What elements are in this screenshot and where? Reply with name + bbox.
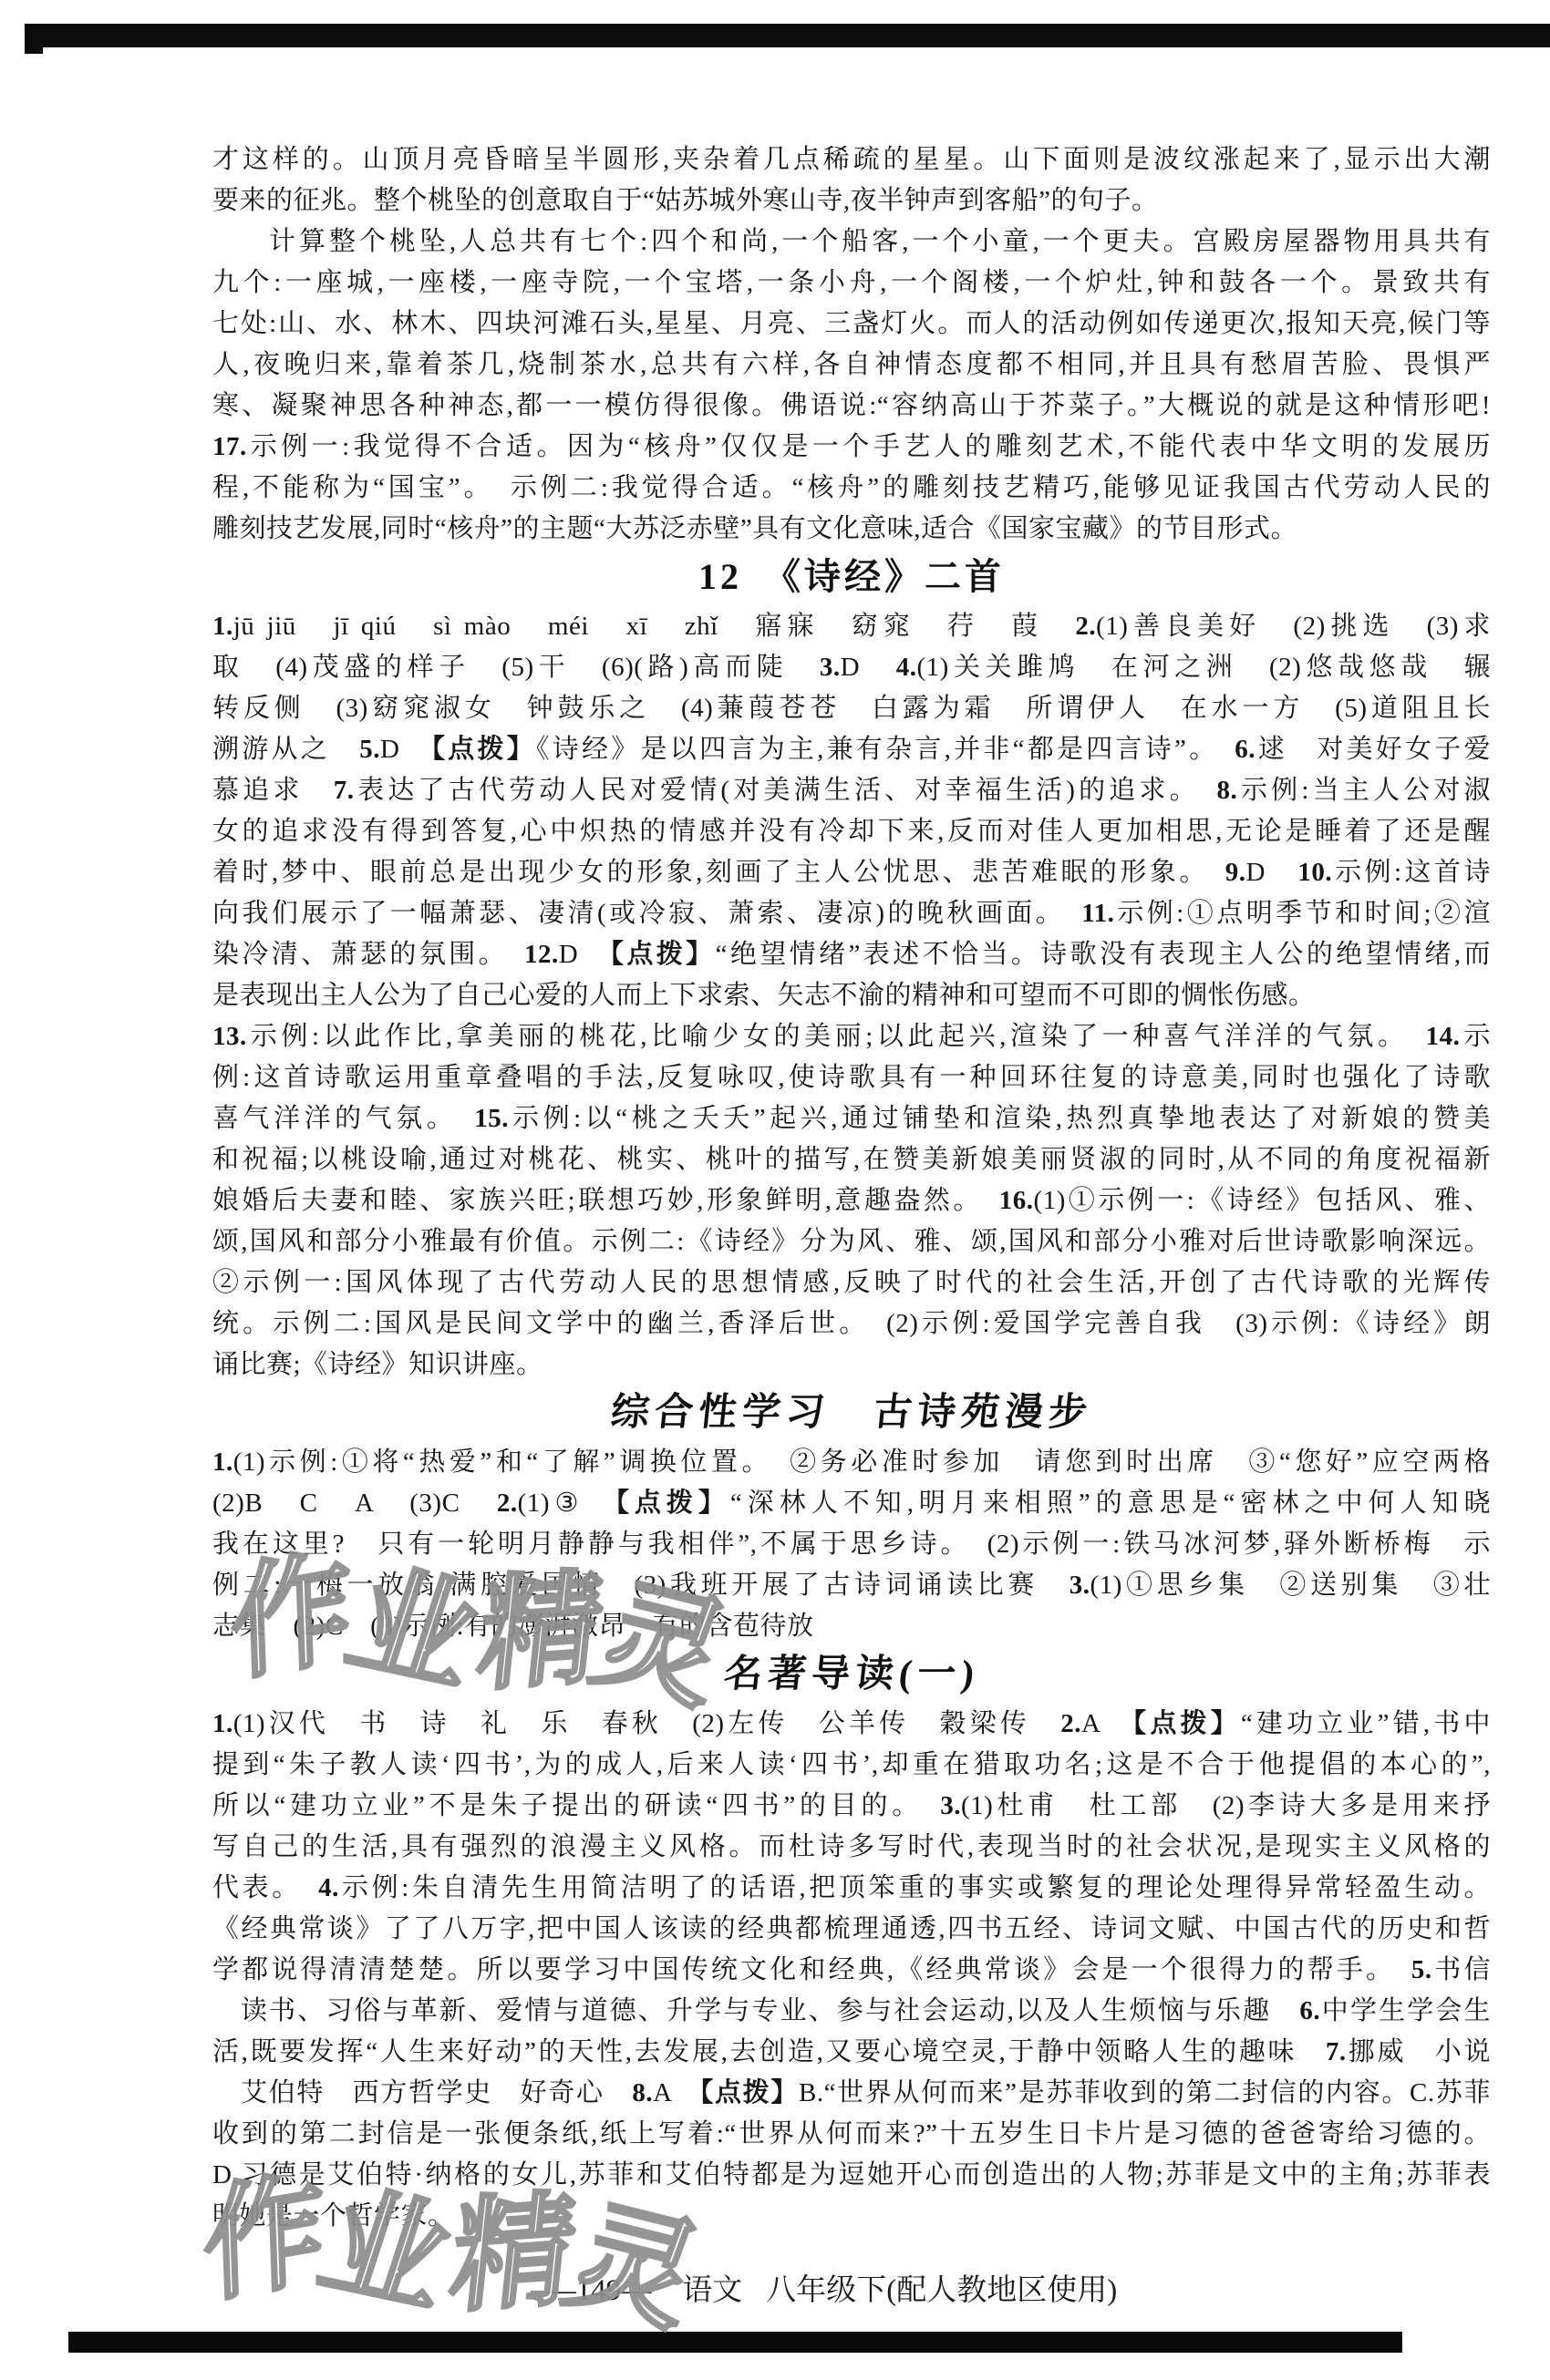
scan-artifact-bottom-bar (68, 2332, 1402, 2353)
text-line: 人,夜晚归来,靠着茶几,烧制茶水,总共有六样,各自神情态度都不相同,并且具有愁眉… (212, 345, 1491, 386)
text-line: 计算整个桃坠,人总共有七个:四个和尚,一个船客,一个小童,一个更夫。宫殿房屋器物… (212, 222, 1491, 263)
text-line: 九个:一座城,一座楼,一座寺院,一个宝塔,一条小舟,一个阁楼,一个炉灶,钟和鼓各… (212, 263, 1491, 304)
answer-text-area: 才这样的。山顶月亮昏暗呈半圆形,夹杂着几点稀疏的星星。山下面则是波纹涨起来了,显… (212, 139, 1491, 2237)
text-line: ②示例一:国风体现了古代劳动人民的思想情感,反映了时代的社会生活,开创了古代诗歌… (212, 1262, 1491, 1303)
text-line: 所以“建功立业”不是朱子提出的研读“四书”的目的。 3.(1)杜甫 杜工部 (2… (212, 1786, 1491, 1827)
text-line: 程,不能称为“国宝”。 示例二:我觉得合适。“核舟”的雕刻技艺精巧,能够见证我国… (212, 468, 1491, 509)
text-line: 向我们展示了一幅萧瑟、凄清(或冷寂、萧索、凄凉)的晚秋画面。 11.示例:①点明… (212, 893, 1491, 934)
text-line: 溯游从之 5.D 【点拨】《诗经》是以四言为主,兼有杂言,并非“都是四言诗”。 … (212, 729, 1491, 770)
text-line: 例:这首诗歌运用重章叠唱的手法,反复咏叹,使诗歌具有一种回环往复的诗意美,同时也… (212, 1057, 1491, 1098)
text-line: 是表现出主人公为了自己心爱的人而上下求索、矢志不渝的精神和可望而不可即的惆怅伤感… (212, 975, 1491, 1016)
watermark-middle: 作业精灵 (227, 1551, 732, 1700)
section-heading: 综合性学习 古诗苑漫步 (210, 1386, 1494, 1442)
watermark-bottom: 作业精灵 (200, 2173, 705, 2322)
text-line: 活,既要发挥“人生来好动”的天性,去发展,去创造,又要心境空灵,于静中领略人生的… (212, 2032, 1491, 2073)
scan-artifact-top-bar-notch (25, 46, 43, 54)
text-line: 着时,梦中、眼前总是出现少女的形象,刻画了主人公忧思、悲苦难眠的形象。 9.D … (212, 852, 1491, 893)
text-line: 和祝福;以桃设喻,通过对桃花、桃实、桃叶的描写,在赞美新娘美丽贤淑的同时,从不同… (212, 1139, 1491, 1180)
text-line: 喜气洋洋的气氛。 15.示例:以“桃之夭夭”起兴,通过铺垫和渲染,热烈真挚地表达… (212, 1098, 1491, 1139)
text-line: 读书、习俗与革新、爱情与道德、升学与专业、参与社会运动,以及人生烦恼与乐趣 6.… (212, 1991, 1491, 2032)
text-line: 寒、凝聚神思各种神态,都一一模仿得很像。佛语说:“容纳高山于芥菜子。”大概说的就… (212, 386, 1491, 427)
text-line: 17.示例一:我觉得不合适。因为“核舟”仅仅是一个手艺人的雕刻艺术,不能代表中华… (212, 427, 1491, 468)
text-line: 雕刻技艺发展,同时“核舟”的主题“大苏泛赤壁”具有文化意味,适合《国家宝藏》的节… (212, 509, 1491, 550)
text-line: 颂,国风和部分小雅最有价值。示例二:《诗经》分为风、雅、颂,国风和部分小雅对后世… (212, 1221, 1491, 1262)
page-root: { "page": { "watermark_text": "作业精灵", "f… (0, 0, 1550, 2380)
text-line: 七处:山、水、林木、四块河滩石头,星星、月亮、三盏灯火。而人的活动例如传递更次,… (212, 304, 1491, 345)
footer-edition: 八年级下(配人教地区使用) (766, 2274, 1117, 2307)
text-line: 转反侧 (3)窈窕淑女 钟鼓乐之 (4)蒹葭苍苍 白露为霜 所谓伊人 在水一方 … (212, 688, 1491, 729)
text-line: (2)B C A (3)C 2.(1)③ 【点拨】“深林人不知,明月来相照”的意… (212, 1483, 1491, 1524)
text-line: 13.示例:以此作比,拿美丽的桃花,比喻少女的美丽;以此起兴,渲染了一种喜气洋洋… (212, 1016, 1491, 1057)
text-line: 艾伯特 西方哲学史 好奇心 8.A 【点拨】B.“世界从何而来”是苏菲收到的第二… (212, 2073, 1491, 2114)
text-line: 取 (4)茂盛的样子 (5)干 (6)(路)高而陡 3.D 4.(1)关关雎鸠 … (212, 647, 1491, 688)
text-line: 娘婚后夫妻和睦、家族兴旺;联想巧妙,形象鲜明,意趣盎然。 16.(1)①示例一:… (212, 1180, 1491, 1221)
scan-artifact-top-bar (25, 24, 1550, 47)
watermark-character: 业 (335, 1558, 495, 1702)
text-line: 慕追求 7.表达了古代劳动人民对爱情(对美满生活、对幸福生活)的追求。 8.示例… (212, 770, 1491, 811)
text-line: 代表。 4.示例:朱自清先生用简洁明了的话语,把顶笨重的事实或繁复的理论处理得异… (212, 1868, 1491, 1909)
text-line: 女的追求没有得到答复,心中炽热的情感并没有冷却下来,反而对佳人更加相思,无论是睡… (212, 811, 1491, 852)
text-line: 要来的征兆。整个桃坠的创意取自于“姑苏城外寒山寺,夜半钟声到客船”的句子。 (212, 180, 1491, 222)
text-line: 才这样的。山顶月亮昏暗呈半圆形,夹杂着几点稀疏的星星。山下面则是波纹涨起来了,显… (212, 139, 1491, 180)
watermark-character: 业 (307, 2179, 468, 2323)
text-line: 染冷清、萧瑟的氛围。 12.D 【点拨】“绝望情绪”表述不恰当。诗歌没有表现主人… (212, 934, 1491, 975)
text-line: 1.jū jiū jī qiú sì mào méi xī zhǐ 寤寐 窈窕 … (212, 606, 1491, 647)
text-line: 诵比赛;《诗经》知识讲座。 (212, 1345, 1491, 1386)
text-line: 学都说得清清楚楚。所以要学习中国传统文化和经典,《经典常谈》会是一个很得力的帮手… (212, 1950, 1491, 1991)
text-line: 1.(1)示例:①将“热爱”和“了解”调换位置。 ②务必准时参加 请您到时出席 … (212, 1442, 1491, 1483)
text-line: 写自己的生活,具有强烈的浪漫主义风格。而杜诗多写时代,表现当时的社会状况,是现实… (212, 1827, 1491, 1868)
text-line: 收到的第二封信是一张便条纸,纸上写着:“世界从何而来?”十五岁生日卡片是习德的爸… (212, 2114, 1491, 2155)
text-line: 1.(1)汉代 书 诗 礼 乐 春秋 (2)左传 公羊传 穀梁传 2.A 【点拨… (212, 1704, 1491, 1745)
section-heading: 12 《诗经》二首 (212, 550, 1491, 606)
text-line: 统。示例二:国风是民间文学中的幽兰,香泽后世。 (2)示例:爱国学完善自我 (3… (212, 1303, 1491, 1345)
text-line: 《经典常谈》了了八万字,把中国人该读的经典都梳理通透,四书五经、诗词文赋、中国古… (212, 1909, 1491, 1950)
text-line: 提到“朱子教人读‘四书’,为的成人,后来人读‘四书’,却重在猎取功名;这是不合于… (212, 1745, 1491, 1786)
